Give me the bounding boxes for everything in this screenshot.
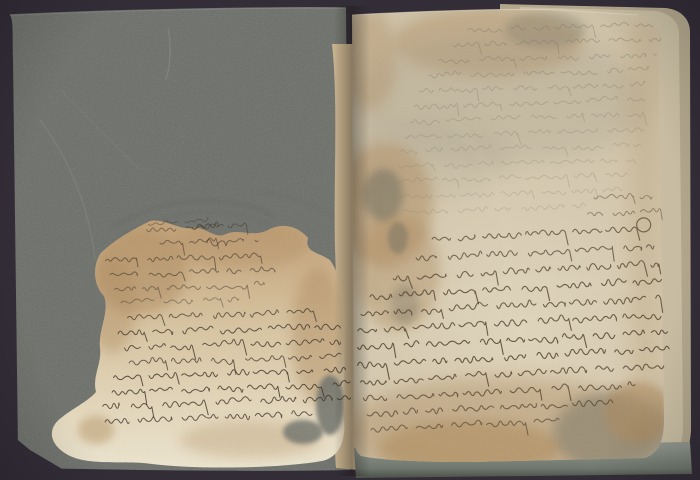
photo-vignette — [0, 0, 700, 480]
manuscript-scan: Scanned double-page spread of a damaged … — [0, 0, 700, 480]
scan-canvas — [0, 0, 700, 480]
